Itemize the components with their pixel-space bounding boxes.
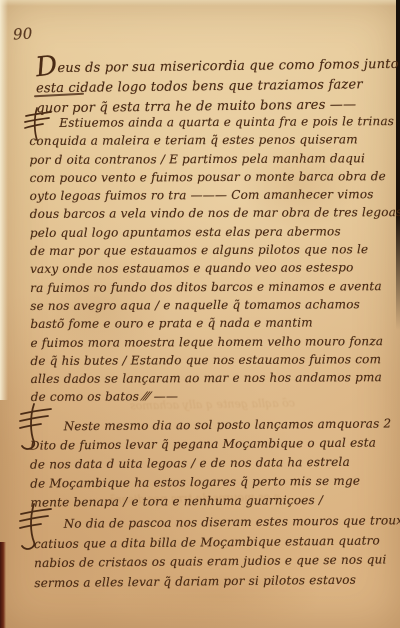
manuscript-line: com pouco vento e fuimos pousar o monte … [30,167,400,187]
manuscript-line-text: eus ds por sua misericordia que como fom… [57,57,400,76]
photo-edge-top [0,0,400,6]
paragraph-3: Neste mesmo dia ao sol posto lançamos am… [30,414,392,512]
manuscript-line: vaxy onde nos estauamos e quando veo aos… [30,258,400,278]
manuscript-line: se nos avegro aqua / e naquelle q̃ tomam… [30,295,400,315]
manuscript-line: de q̃ his butes / Estando que nos estaua… [30,350,400,370]
manuscript-line: por d oita contranos / E partimos pela m… [29,149,400,169]
manuscript-line: oyto legoas fuimos ro tra ——— Com amanhe… [30,185,400,205]
illuminated-initial: D [35,56,58,78]
manuscript-line: de como os batos ⁄⁄⁄ —— [31,386,400,406]
manuscript-line: ra fuimos ro fundo dos ditos barcos e mi… [30,277,400,297]
manuscript-line: conquida a maleira e teriam q̃ estes pen… [29,130,400,150]
manuscript-line: alles dados se lançaram ao mar e nos hos… [31,368,400,388]
manuscript-line: dous barcos a vela vindo de nos de mar o… [30,204,400,224]
folio-number: 90 [12,24,33,43]
manuscript-line: sermos a elles levar q̃ dariam por si pi… [34,569,400,593]
manuscript-page-photo: 90 cõ aqlla gente q ally achamos e os m… [0,0,400,628]
manuscript-line: de Moçambique ha estos logares q̃ perto … [30,471,392,493]
manuscript-line: Estiuemos ainda a quarta e quinta fra e … [29,112,400,132]
manuscript-line: pelo qual logo apuntamos esta elas pera … [30,222,400,242]
photo-edge-bottom-left [0,542,6,628]
paragraph-2: Estiuemos ainda a quarta e quinta fra e … [29,112,400,407]
paper-edge-highlight [0,0,8,400]
paragraph-4: No dia de pascoa nos diseram estes mouro… [34,511,400,593]
paragraph-1: Deus ds por sua misericordia que como fo… [36,50,400,120]
manuscript-line: de mar por que estauamos e alguns piloto… [30,240,400,260]
manuscript-line: mente benapa / e tora e nenhuma guarniço… [30,490,392,512]
manuscript-line: bastõ fome e ouro e prata e q̃ nada e m… [30,313,400,333]
manuscript-line: e fuimos mora moestra leque homem velho … [30,332,400,352]
